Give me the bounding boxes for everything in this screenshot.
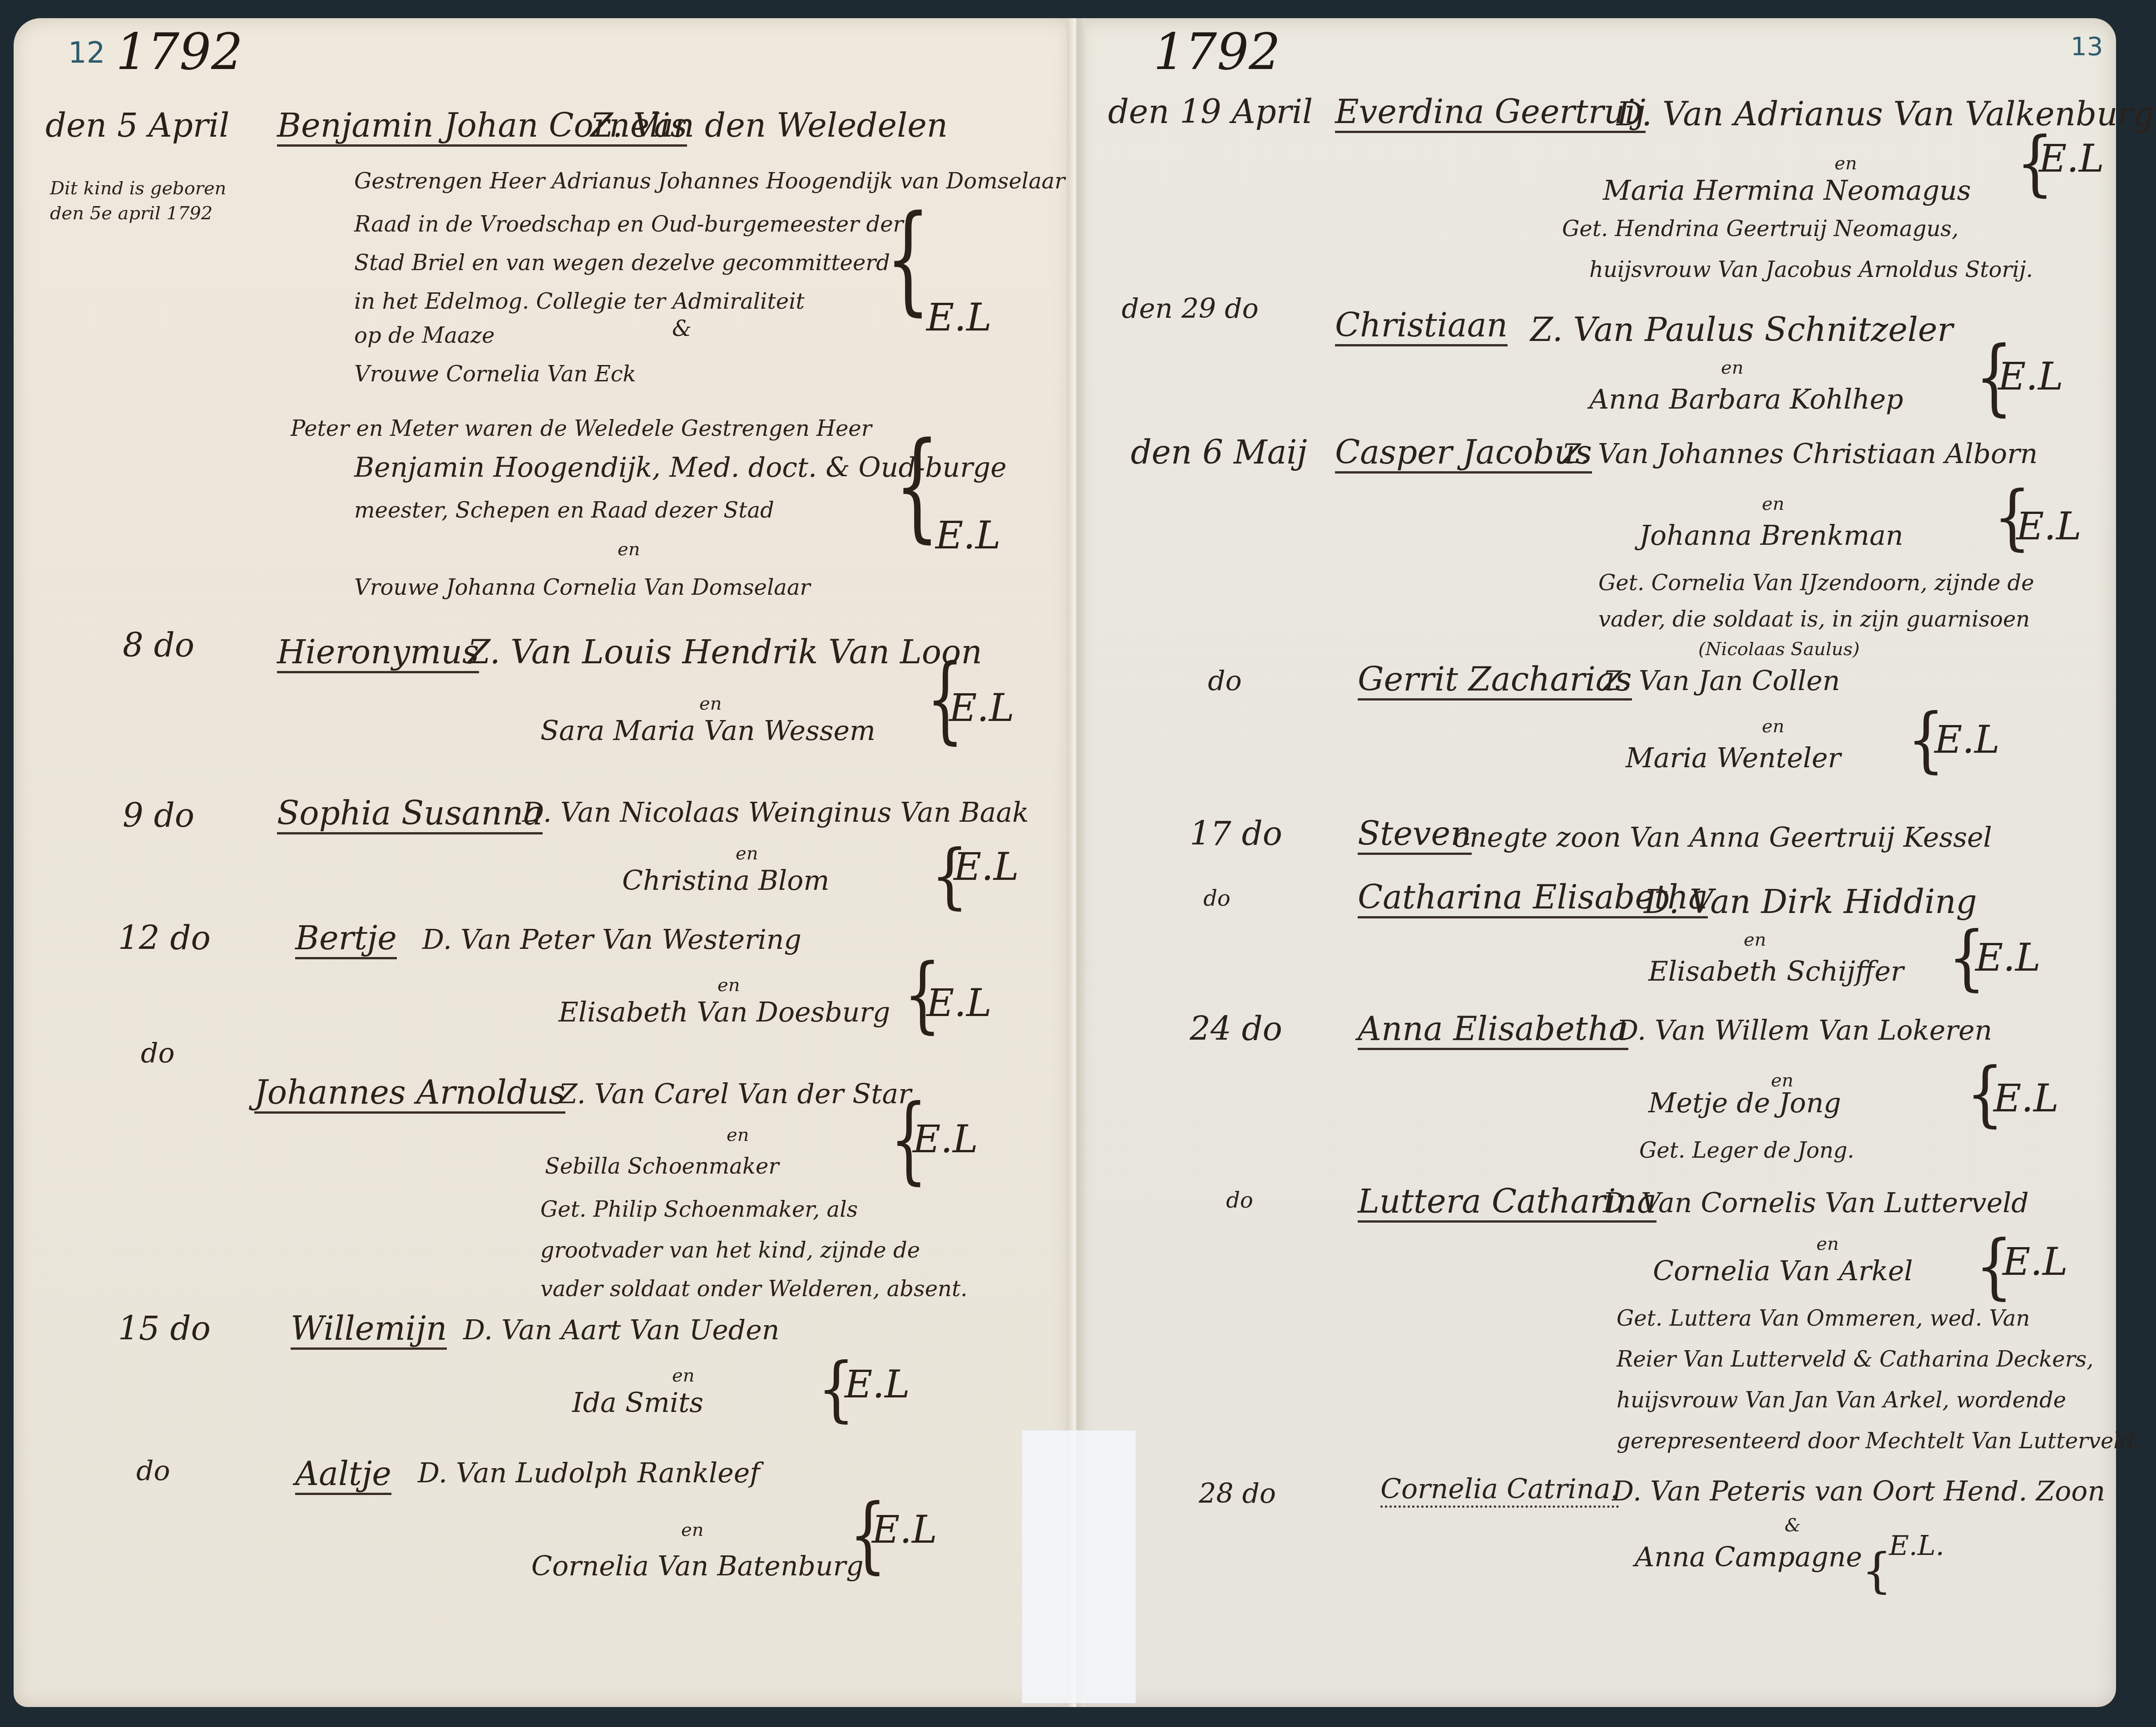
entry-line: D. Van Peteris van Oort Hend. Zoon [1612,1478,2105,1505]
entry-line: Maria Wenteler [1626,745,1841,772]
entry-line: D. Van Willem Van Lokeren [1617,1017,1992,1044]
year-left: 1792 [116,23,243,81]
entry-line: en [727,1126,749,1144]
witness-initials: E.L [1975,935,2041,980]
entry-line: Cornelia Van Arkel [1653,1258,1913,1285]
entry-line: Christina Blom [622,867,829,894]
entry-line: D. Van Aart Van Ueden [463,1317,779,1344]
entry-date: do [1226,1189,1253,1211]
entry-line: en [1816,1235,1839,1253]
witness-initials: E.L [1993,1076,2059,1120]
entry-date: 28 do [1199,1480,1276,1507]
entry-line: Peter en Meter waren de Weledele Gestren… [291,418,872,439]
margin-note-line-2: den 5e april 1792 [50,204,213,222]
entry-line: Z. Van Paulus Schnitzeler [1530,313,1953,346]
entry-line: D. Van Adrianus Van Valkenburg [1617,98,2154,130]
entry-line: & [1785,1516,1801,1535]
brace-icon: { [1862,1547,1892,1594]
entry-line: Vrouwe Cornelia Van Eck [354,363,636,385]
entry-line: en [618,540,640,558]
entry-line: grootvader van het kind, zijnde de [540,1239,920,1261]
entry-line: Z. Van den Weledelen [590,109,948,142]
entry-line: D. Van Ludolph Rankleef [418,1460,760,1487]
witness-initials: E.L [2016,504,2082,548]
entry-line: Anna Campagne [1635,1544,1862,1571]
entry-line: Get. Philip Schoenmaker, als [540,1199,858,1220]
entry-date: den 29 do [1122,295,1259,322]
child-name: Hieronymus [277,636,479,673]
witness-initials: E.L [954,844,1019,889]
entry-line: vader soldaat onder Welderen, absent. [540,1278,968,1300]
margin-note-line-1: Dit kind is geboren [50,179,226,197]
entry-line: Johanna Brenkman [1639,522,1903,549]
entry-line: en [699,695,722,713]
entry-date: do [1208,667,1242,695]
entry-line: en [1762,717,1784,735]
entry-line: D. Van Cornelis Van Lutterveld [1603,1189,2029,1217]
entry-date: 24 do [1190,1012,1282,1045]
entry-line: Sebilla Schoenmaker [545,1155,779,1177]
entry-date: 12 do [118,922,211,954]
repair-tape [1022,1430,1136,1703]
entry-line: Get. Leger de Jong. [1639,1140,1854,1161]
entry-line: Vrouwe Johanna Cornelia Van Domselaar [354,577,811,598]
entry-line: Get. Hendrina Geertruij Neomagus, [1562,218,1958,240]
entry-line: vader, die soldaat is, in zijn guarnisoe… [1598,608,2030,630]
child-name: Cornelia Catrina. [1380,1475,1619,1508]
entry-line: Z. Van Johannes Christiaan Alborn [1562,440,2037,468]
entry-line: Sara Maria Van Wessem [540,717,875,745]
entry-line: Cornelia Van Batenburg [531,1553,864,1580]
brace-icon: { [895,427,940,545]
entry-line: meester, Schepen en Raad dezer Stad [354,499,774,521]
entry-line: D. Van Nicolaas Weinginus Van Baak [522,799,1029,826]
folio-number-right: 13 [2071,32,2103,61]
entry-line: Gestrengen Heer Adrianus Johannes Hoogen… [354,170,1065,192]
folio-number-left: 12 [68,36,105,70]
child-name: Willemijn [291,1312,447,1350]
entry-date: do [136,1457,170,1485]
entry-line: Ida Smits [572,1389,703,1416]
child-name: Sophia Susanna [277,797,543,834]
entry-line: op de Maaze [354,325,494,346]
entry-line: Get. Luttera Van Ommeren, wed. Van [1617,1308,2030,1329]
entry-date: 8 do [123,629,194,661]
entry-line: Reier Van Lutterveld & Catharina Deckers… [1617,1348,2093,1370]
witness-initials: E.L [845,1362,910,1406]
entry-line: Stad Briel en van wegen dezelve gecommit… [354,252,890,274]
entry-date: 17 do [1190,817,1282,850]
entry-line: in het Edelmog. Collegie ter Admiralitei… [354,291,805,312]
witness-initials: E.L [1934,717,2000,762]
witness-initials: E.L [2039,136,2104,181]
entry-date: do [1203,888,1231,909]
entry-date: 15 do [118,1312,211,1345]
entry-line: D. Van Dirk Hidding [1644,885,1977,918]
entry-line: Z. Van Carel Van der Star [559,1081,911,1108]
child-name: Aaltje [295,1457,391,1495]
entry-line: huijsvrouw Van Jan Van Arkel, wordende [1617,1389,2066,1411]
entry-line: Z. Van Jan Collen [1603,667,1840,695]
entry-date: 9 do [123,799,194,832]
entry-line: Z. Van Louis Hendrik Van Loon [468,636,982,668]
entry-line: huijsvrouw Van Jacobus Arnoldus Storij. [1589,259,2033,281]
entry-date: den 6 Maij [1131,436,1307,469]
entry-line: Maria Hermina Neomagus [1603,177,1971,204]
child-name: Anna Elisabetha [1358,1012,1628,1050]
witness-initials: E.L [2003,1239,2068,1284]
entry-line: en [1744,931,1766,949]
entry-line: Get. Cornelia Van IJzendoorn, zijnde de [1598,572,2034,594]
book-spread: 12 1792 Dit kind is geboren den 5e april… [0,0,2156,1727]
entry-date: do [141,1040,175,1067]
child-name: Christiaan [1335,309,1508,346]
child-name: Everdina Geertruij [1335,95,1646,133]
brace-icon: { [885,200,930,318]
entry-line: gerepresenteerd door Mechtelt Van Lutter… [1617,1430,2141,1452]
child-name: Casper Jacobus [1335,436,1592,474]
entry-line: Elisabeth Schijffer [1648,958,1904,985]
entry-line: Metje de Jong [1648,1090,1841,1117]
witness-initials: E.L [949,686,1014,730]
witness-initials: E.L [913,1117,978,1161]
witness-initials: E.L [1998,354,2063,399]
entry-line: (Nicolaas Saulus) [1698,640,1859,658]
entry-line: en [736,844,758,863]
witness-initials: E.L. [1889,1530,1944,1562]
entry-date: den 19 April [1108,95,1313,128]
year-right: 1792 [1153,23,1281,81]
entry-line: D. Van Peter Van Westering [422,926,801,953]
child-name: Johannes Arnoldus [254,1076,565,1114]
entry-line: onegte zoon Van Anna Geertruij Kessel [1453,824,1992,851]
entry-line: en [1771,1071,1793,1090]
entry-line: Raad in de Vroedschap en Oud-burgemeeste… [354,213,904,235]
entry-date: den 5 April [45,109,229,142]
entry-line: en [1835,154,1857,173]
entry-line: en [681,1521,703,1539]
entry-line: en [1721,359,1743,377]
child-name: Gerrit Zacharias [1358,663,1632,701]
child-name: Bertje [295,922,397,959]
entry-line: en [1762,495,1784,513]
entry-line: en [672,1367,694,1385]
entry-line: Anna Barbara Kohlhep [1589,386,1903,413]
entry-line: en [717,976,740,994]
witness-initials: E.L [926,981,992,1025]
witness-initials: E.L [935,513,1001,558]
entry-line: Elisabeth Van Doesburg [559,999,890,1026]
witness-initials: E.L [926,295,992,340]
witness-initials: E.L [872,1507,937,1552]
entry-line: & [672,318,692,340]
